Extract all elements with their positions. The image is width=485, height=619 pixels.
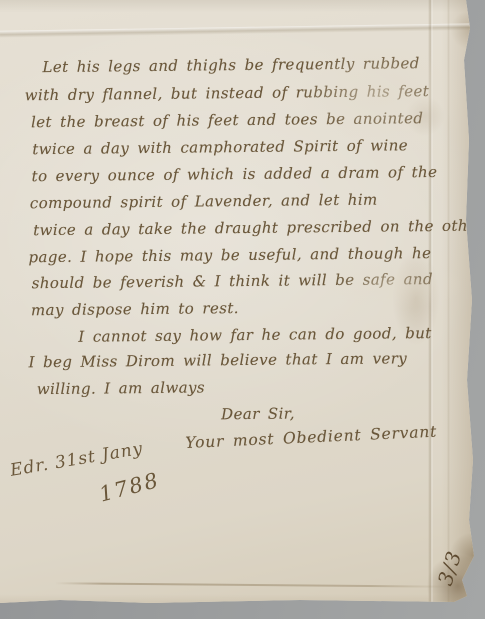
letter-line: twice a day with camphorated Spirit of w… xyxy=(32,138,408,157)
letter-line: compound spirit of Lavender, and let him xyxy=(30,193,378,212)
closing-valediction: Your most Obedient Servant xyxy=(185,425,437,452)
closing-salutation: Dear Sir, xyxy=(221,406,295,422)
letter-line: I beg Miss Dirom will believe that I am … xyxy=(28,351,407,370)
letter-page: Let his legs and thighs be frequently ru… xyxy=(0,0,485,619)
faded-ink-patch xyxy=(300,48,460,140)
dateline-place-day: Edr. 31st Jany xyxy=(9,441,144,480)
letter-line: willing. I am always xyxy=(37,380,205,397)
manuscript-scan: Let his legs and thighs be frequently ru… xyxy=(0,0,485,619)
dateline-year: 1788 xyxy=(97,470,162,506)
letter-line: twice a day take the draught prescribed … xyxy=(33,218,485,238)
letter-line: to every ounce of which is added a dram … xyxy=(32,165,438,184)
letter-line: may dispose him to rest. xyxy=(31,301,239,318)
photo-background: { "letter": { "body_lines": [ "Let his l… xyxy=(0,0,485,619)
faded-ink-patch xyxy=(330,262,460,308)
letter-line: I cannot say how far he can do good, but xyxy=(78,326,432,345)
